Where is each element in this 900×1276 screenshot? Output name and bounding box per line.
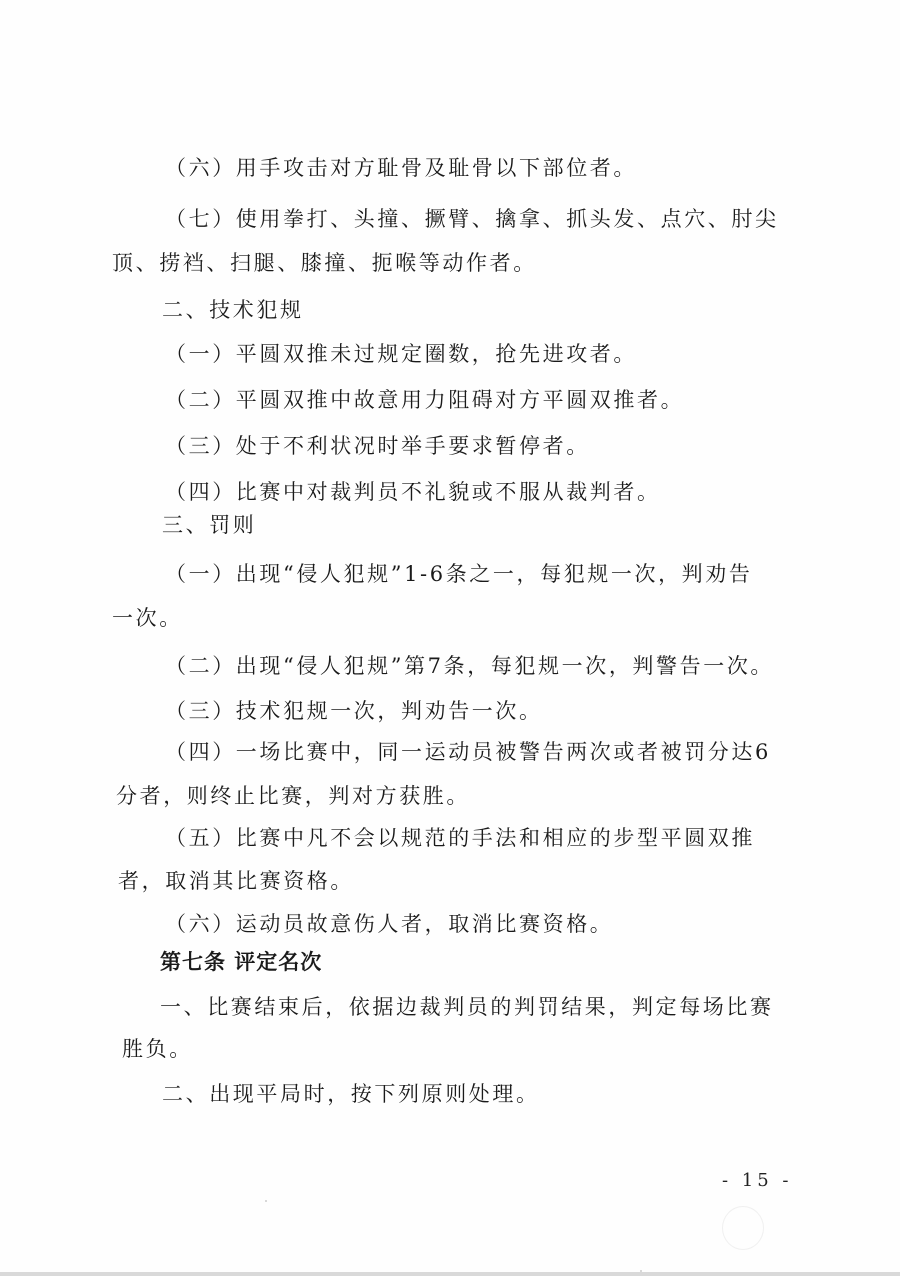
text-line: （六）用手攻击对方耻骨及耻骨以下部位者。 [165,154,637,182]
text-line: （六）运动员故意伤人者，取消比赛资格。 [165,910,613,938]
scan-speck [265,1200,267,1202]
text-line: 者，取消其比赛资格。 [118,867,354,895]
page-bottom-edge [0,1272,900,1276]
text-line: （二）平圆双推中故意用力阻碍对方平圆双推者。 [165,386,684,414]
text-line: 一次。 [112,604,183,632]
text-line: 二、出现平局时，按下列原则处理。 [162,1080,540,1108]
page-number: - 15 - [722,1170,793,1191]
text-line: （一）出现“侵人犯规”1-6条之一，每犯规一次，判劝告 [165,560,753,588]
text-line: （四）比赛中对裁判员不礼貌或不服从裁判者。 [165,478,661,506]
text-line: 一、比赛结束后，依据边裁判员的判罚结果，判定每场比赛 [160,993,774,1021]
text-line: 三、罚则 [162,511,256,539]
text-line: （三）处于不利状况时举手要求暂停者。 [165,432,590,460]
text-line: （四）一场比赛中，同一运动员被警告两次或者被罚分达6 [165,738,771,766]
section-heading: 第七条 评定名次 [160,948,322,976]
text-line: 分者，则终止比赛，判对方获胜。 [116,782,470,810]
text-line: （二）出现“侵人犯规”第7条，每犯规一次，判警告一次。 [165,652,774,680]
text-line: 胜负。 [122,1035,193,1063]
text-line: （五）比赛中凡不会以规范的手法和相应的步型平圆双推 [165,824,755,852]
faint-stamp-mark [722,1206,764,1250]
text-line: （三）技术犯规一次，判劝告一次。 [165,697,543,725]
text-line: （七）使用拳打、头撞、撅臂、擒拿、抓头发、点穴、肘尖 [165,205,779,233]
text-line: 顶、捞裆、扫腿、膝撞、扼喉等动作者。 [112,249,537,277]
text-line: （一）平圆双推未过规定圈数，抢先进攻者。 [165,340,637,368]
document-page: （六）用手攻击对方耻骨及耻骨以下部位者。（七）使用拳打、头撞、撅臂、擒拿、抓头发… [0,0,900,1272]
text-line: 二、技术犯规 [162,296,304,324]
